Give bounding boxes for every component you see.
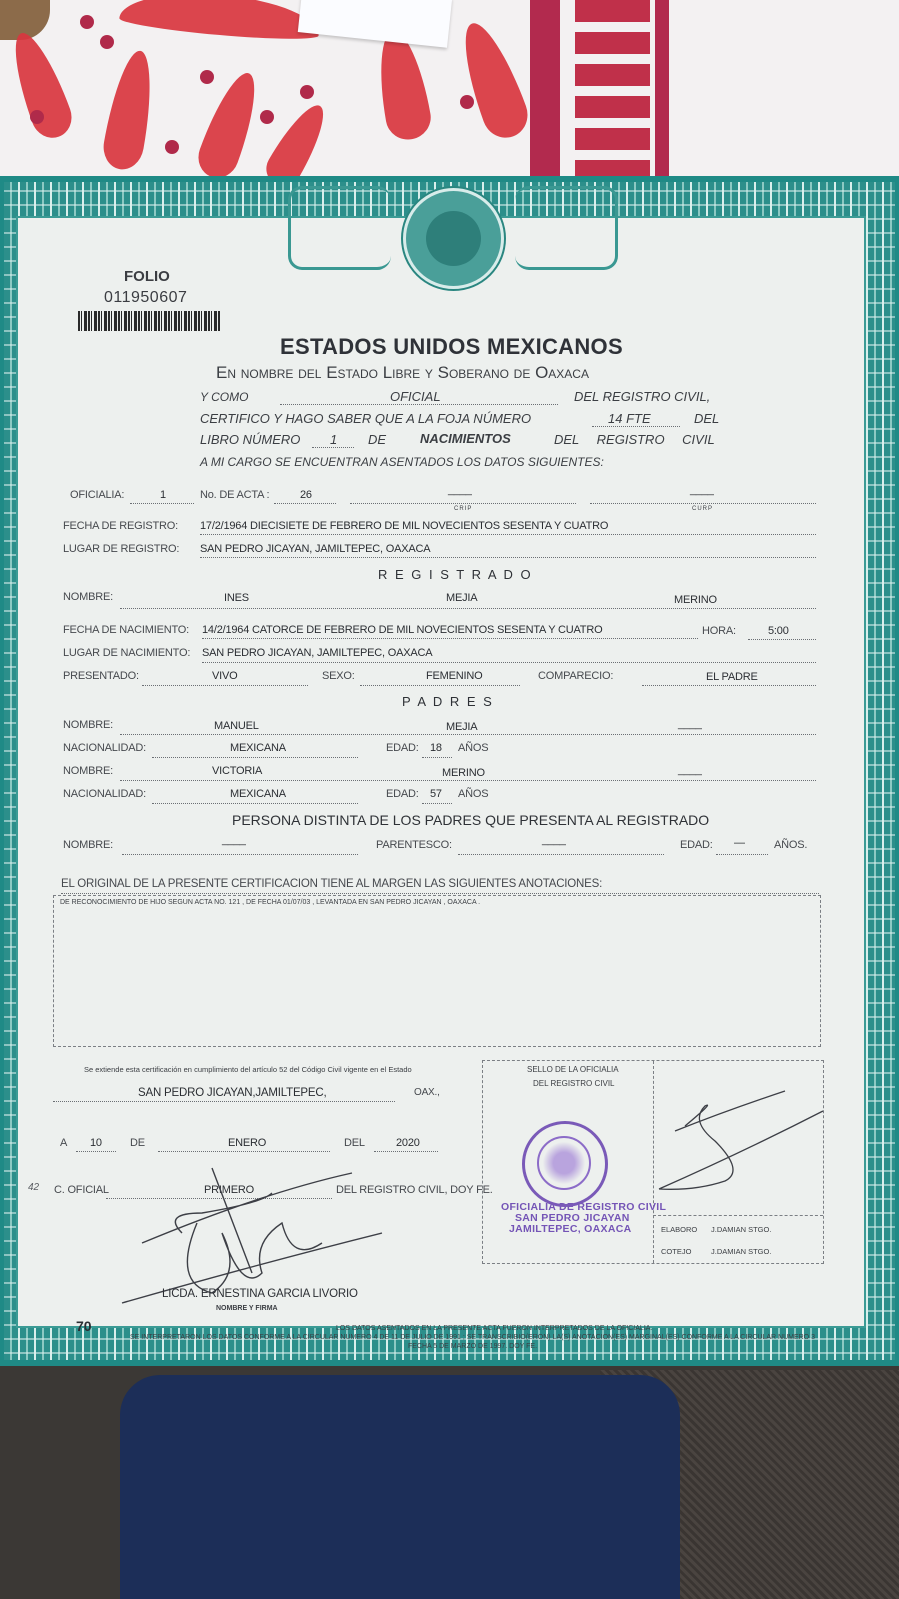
footer-line-2: SE INTERPRETARON LOS DATOS CONFORME A LA… <box>130 1334 815 1341</box>
hora-value: 5:00 <box>768 625 789 637</box>
tablecloth-background <box>0 0 899 200</box>
dia-value: 10 <box>90 1137 102 1149</box>
sello-title-1: SELLO DE LA OFICIALIA <box>527 1065 619 1074</box>
madre-anos: AÑOS <box>458 788 488 800</box>
registrado-apellido-materno: MERINO <box>674 594 717 606</box>
presentado-value: VIVO <box>212 670 238 682</box>
cloth-dot <box>460 95 474 109</box>
libro-label: LIBRO NÚMERO <box>200 432 300 447</box>
parentesco-label: PARENTESCO: <box>376 839 452 851</box>
madre-edad-label: EDAD: <box>386 788 419 800</box>
no-acta-value: 26 <box>300 489 312 501</box>
firmante-name: LICDA. ERNESTINA GARCIA LIVORIO <box>162 1288 358 1300</box>
y-como: Y COMO <box>200 390 248 404</box>
oficialia-value: 1 <box>160 489 166 501</box>
cloth-stripe <box>575 0 650 200</box>
lugar-nacimiento-label: LUGAR DE NACIMIENTO: <box>63 647 190 659</box>
elaboro-signature <box>655 1081 825 1191</box>
fecha-nacimiento-label: FECHA DE NACIMIENTO: <box>63 624 189 636</box>
padre-edad-label: EDAD: <box>386 742 419 754</box>
paper-scrap <box>298 0 452 48</box>
lugar-registro-value: SAN PEDRO JICAYAN, JAMILTEPEC, OAXACA <box>200 543 430 555</box>
national-emblem <box>288 180 618 280</box>
presentado-label: PRESENTADO: <box>63 670 139 682</box>
cloth-dot <box>30 110 44 124</box>
oficialia-label: OFICIALIA: <box>70 489 124 501</box>
fecha-registro-label: FECHA DE REGISTRO: <box>63 520 178 532</box>
crip-label: CRIP <box>454 506 472 512</box>
del-registro-civil: DEL REGISTRO CIVIL, <box>574 389 710 404</box>
a-mi-cargo: A MI CARGO SE ENCUENTRAN ASENTADOS LOS D… <box>200 455 604 469</box>
c-oficial-label: C. OFICIAL <box>54 1184 109 1196</box>
cotejo-value: J.DAMIAN STGO. <box>711 1247 771 1256</box>
document-title: ESTADOS UNIDOS MEXICANOS <box>280 334 623 360</box>
madre-apellido: MERINO <box>442 767 485 779</box>
persona-edad-label: EDAD: <box>680 839 713 851</box>
nombre-label: NOMBRE: <box>63 591 113 603</box>
madre-nacionalidad: MEXICANA <box>230 788 286 800</box>
registrado-apellido-paterno: MEJIA <box>446 592 477 604</box>
foja-number: 14 FTE <box>608 411 651 426</box>
anotaciones-title: EL ORIGINAL DE LA PRESENTE CERTIFICACION… <box>61 878 602 890</box>
del-registro-civil-2: DEL REGISTRO CIVIL <box>554 432 715 447</box>
libro-number: 1 <box>330 432 337 447</box>
registrado-section-title: R E G I S T R A D O <box>378 567 533 582</box>
comparecio-label: COMPARECIO: <box>538 670 613 682</box>
padres-section-title: P A D R E S <box>402 694 494 709</box>
jeans <box>120 1375 680 1599</box>
a-label: A <box>60 1137 67 1149</box>
madre-nacionalidad-label: NACIONALIDAD: <box>63 788 146 800</box>
nombre-firma-label: NOMBRE Y FIRMA <box>216 1305 278 1312</box>
extiende-text: Se extiende esta certificación en cumpli… <box>84 1065 412 1074</box>
madre-apellido2: ____ <box>678 764 702 776</box>
registrado-nombre: INES <box>224 592 249 604</box>
folio-number: 011950607 <box>104 289 187 307</box>
padre-edad: 18 <box>430 742 442 754</box>
barcode-icon <box>78 311 220 331</box>
cloth-dot <box>80 15 94 29</box>
elaboro-label: ELABORO <box>661 1225 697 1234</box>
del-label-fecha: DEL <box>344 1137 365 1149</box>
birth-certificate: FOLIO 011950607 ESTADOS UNIDOS MEXICANOS… <box>0 176 899 1366</box>
persona-distinta-title: PERSONA DISTINTA DE LOS PADRES QUE PRESE… <box>232 812 709 828</box>
cloth-pattern <box>119 0 322 44</box>
header-line: En nombre del Estado Libre y Soberano de… <box>216 363 589 383</box>
cotejo-label: COTEJO <box>661 1247 691 1256</box>
eagle-seal-icon <box>403 188 504 289</box>
parentesco-value: ____ <box>542 834 566 846</box>
anotaciones-box: DE RECONOCIMIENTO DE HIJO SEGUN ACTA NO.… <box>53 895 821 1047</box>
margin-mark: 42 <box>28 1182 39 1193</box>
cloth-pattern <box>100 47 160 172</box>
padre-apellido: MEJIA <box>446 721 477 733</box>
emblem-ornament-right <box>515 186 618 270</box>
sello-title-2: DEL REGISTRO CIVIL <box>533 1079 615 1088</box>
certificate-paper: FOLIO 011950607 ESTADOS UNIDOS MEXICANOS… <box>16 216 866 1328</box>
persona-anos: AÑOS. <box>774 839 807 851</box>
fecha-registro-value: 17/2/1964 DIECISIETE DE FEBRERO DE MIL N… <box>200 520 608 532</box>
certifico-text: CERTIFICO Y HAGO SABER QUE A LA FOJA NÚM… <box>200 411 531 426</box>
madre-nombre-label: NOMBRE: <box>63 765 113 777</box>
mes-value: ENERO <box>228 1137 266 1149</box>
cloth-pattern <box>451 16 534 144</box>
crip-value: ____ <box>448 484 472 496</box>
persona-nombre-label: NOMBRE: <box>63 839 113 851</box>
estado-abrev: OAX., <box>414 1087 440 1098</box>
padre-apellido2: ____ <box>678 718 702 730</box>
no-acta-label: No. DE ACTA : <box>200 489 269 501</box>
cloth-stripe <box>655 0 669 200</box>
de-label: DE <box>368 432 386 447</box>
de-label: DE <box>130 1137 145 1149</box>
cloth-stripe <box>530 0 560 200</box>
lugar-certificacion: SAN PEDRO JICAYAN,JAMILTEPEC, <box>138 1087 326 1099</box>
lugar-nacimiento-value: SAN PEDRO JICAYAN, JAMILTEPEC, OAXACA <box>202 647 432 659</box>
persona-edad: — <box>734 837 745 849</box>
padre-nombre-label: NOMBRE: <box>63 719 113 731</box>
madre-edad: 57 <box>430 788 442 800</box>
padre-nacionalidad-label: NACIONALIDAD: <box>63 742 146 754</box>
padre-anos: AÑOS <box>458 742 488 754</box>
cloth-pattern <box>2 26 77 143</box>
emblem-ornament-left <box>288 186 391 270</box>
cargo: OFICIAL <box>390 389 441 404</box>
anio-value: 2020 <box>396 1137 420 1149</box>
sexo-label: SEXO: <box>322 670 355 682</box>
folio-label: FOLIO <box>124 268 170 285</box>
cloth-dot <box>100 35 114 49</box>
sexo-value: FEMENINO <box>426 670 482 682</box>
curp-value: ____ <box>690 484 714 496</box>
oficialia-stamp-icon <box>522 1121 608 1207</box>
del-label: DEL <box>694 411 719 426</box>
elaboro-value: J.DAMIAN STGO. <box>711 1225 771 1234</box>
fecha-nacimiento-value: 14/2/1964 CATORCE DE FEBRERO DE MIL NOVE… <box>202 624 602 636</box>
curp-label: CURP <box>692 506 713 512</box>
padre-nombre: MANUEL <box>214 720 259 732</box>
page-number: 70 <box>76 1318 92 1334</box>
footer-line-3: FECHA 5 DE MARZO DE 1997. DOY FE. <box>408 1343 537 1350</box>
cloth-dot <box>260 110 274 124</box>
padre-nacionalidad: MEXICANA <box>230 742 286 754</box>
cloth-dot <box>165 140 179 154</box>
nacimientos: NACIMIENTOS <box>420 431 511 446</box>
stamp-line-3: JAMILTEPEC, OAXACA <box>509 1223 631 1235</box>
madre-nombre: VICTORIA <box>212 765 262 777</box>
footer-line-1: LOS DATOS ASENTADOS EN LA PRESENTE ACTA … <box>336 1325 652 1332</box>
anotaciones-text: DE RECONOCIMIENTO DE HIJO SEGUN ACTA NO.… <box>60 899 480 906</box>
cloth-dot <box>200 70 214 84</box>
cloth-pattern <box>192 66 267 183</box>
comparecio-value: EL PADRE <box>706 671 758 683</box>
lugar-registro-label: LUGAR DE REGISTRO: <box>63 543 179 555</box>
persona-nombre: ____ <box>222 834 246 846</box>
cloth-dot <box>300 85 314 99</box>
hora-label: HORA: <box>702 625 736 637</box>
